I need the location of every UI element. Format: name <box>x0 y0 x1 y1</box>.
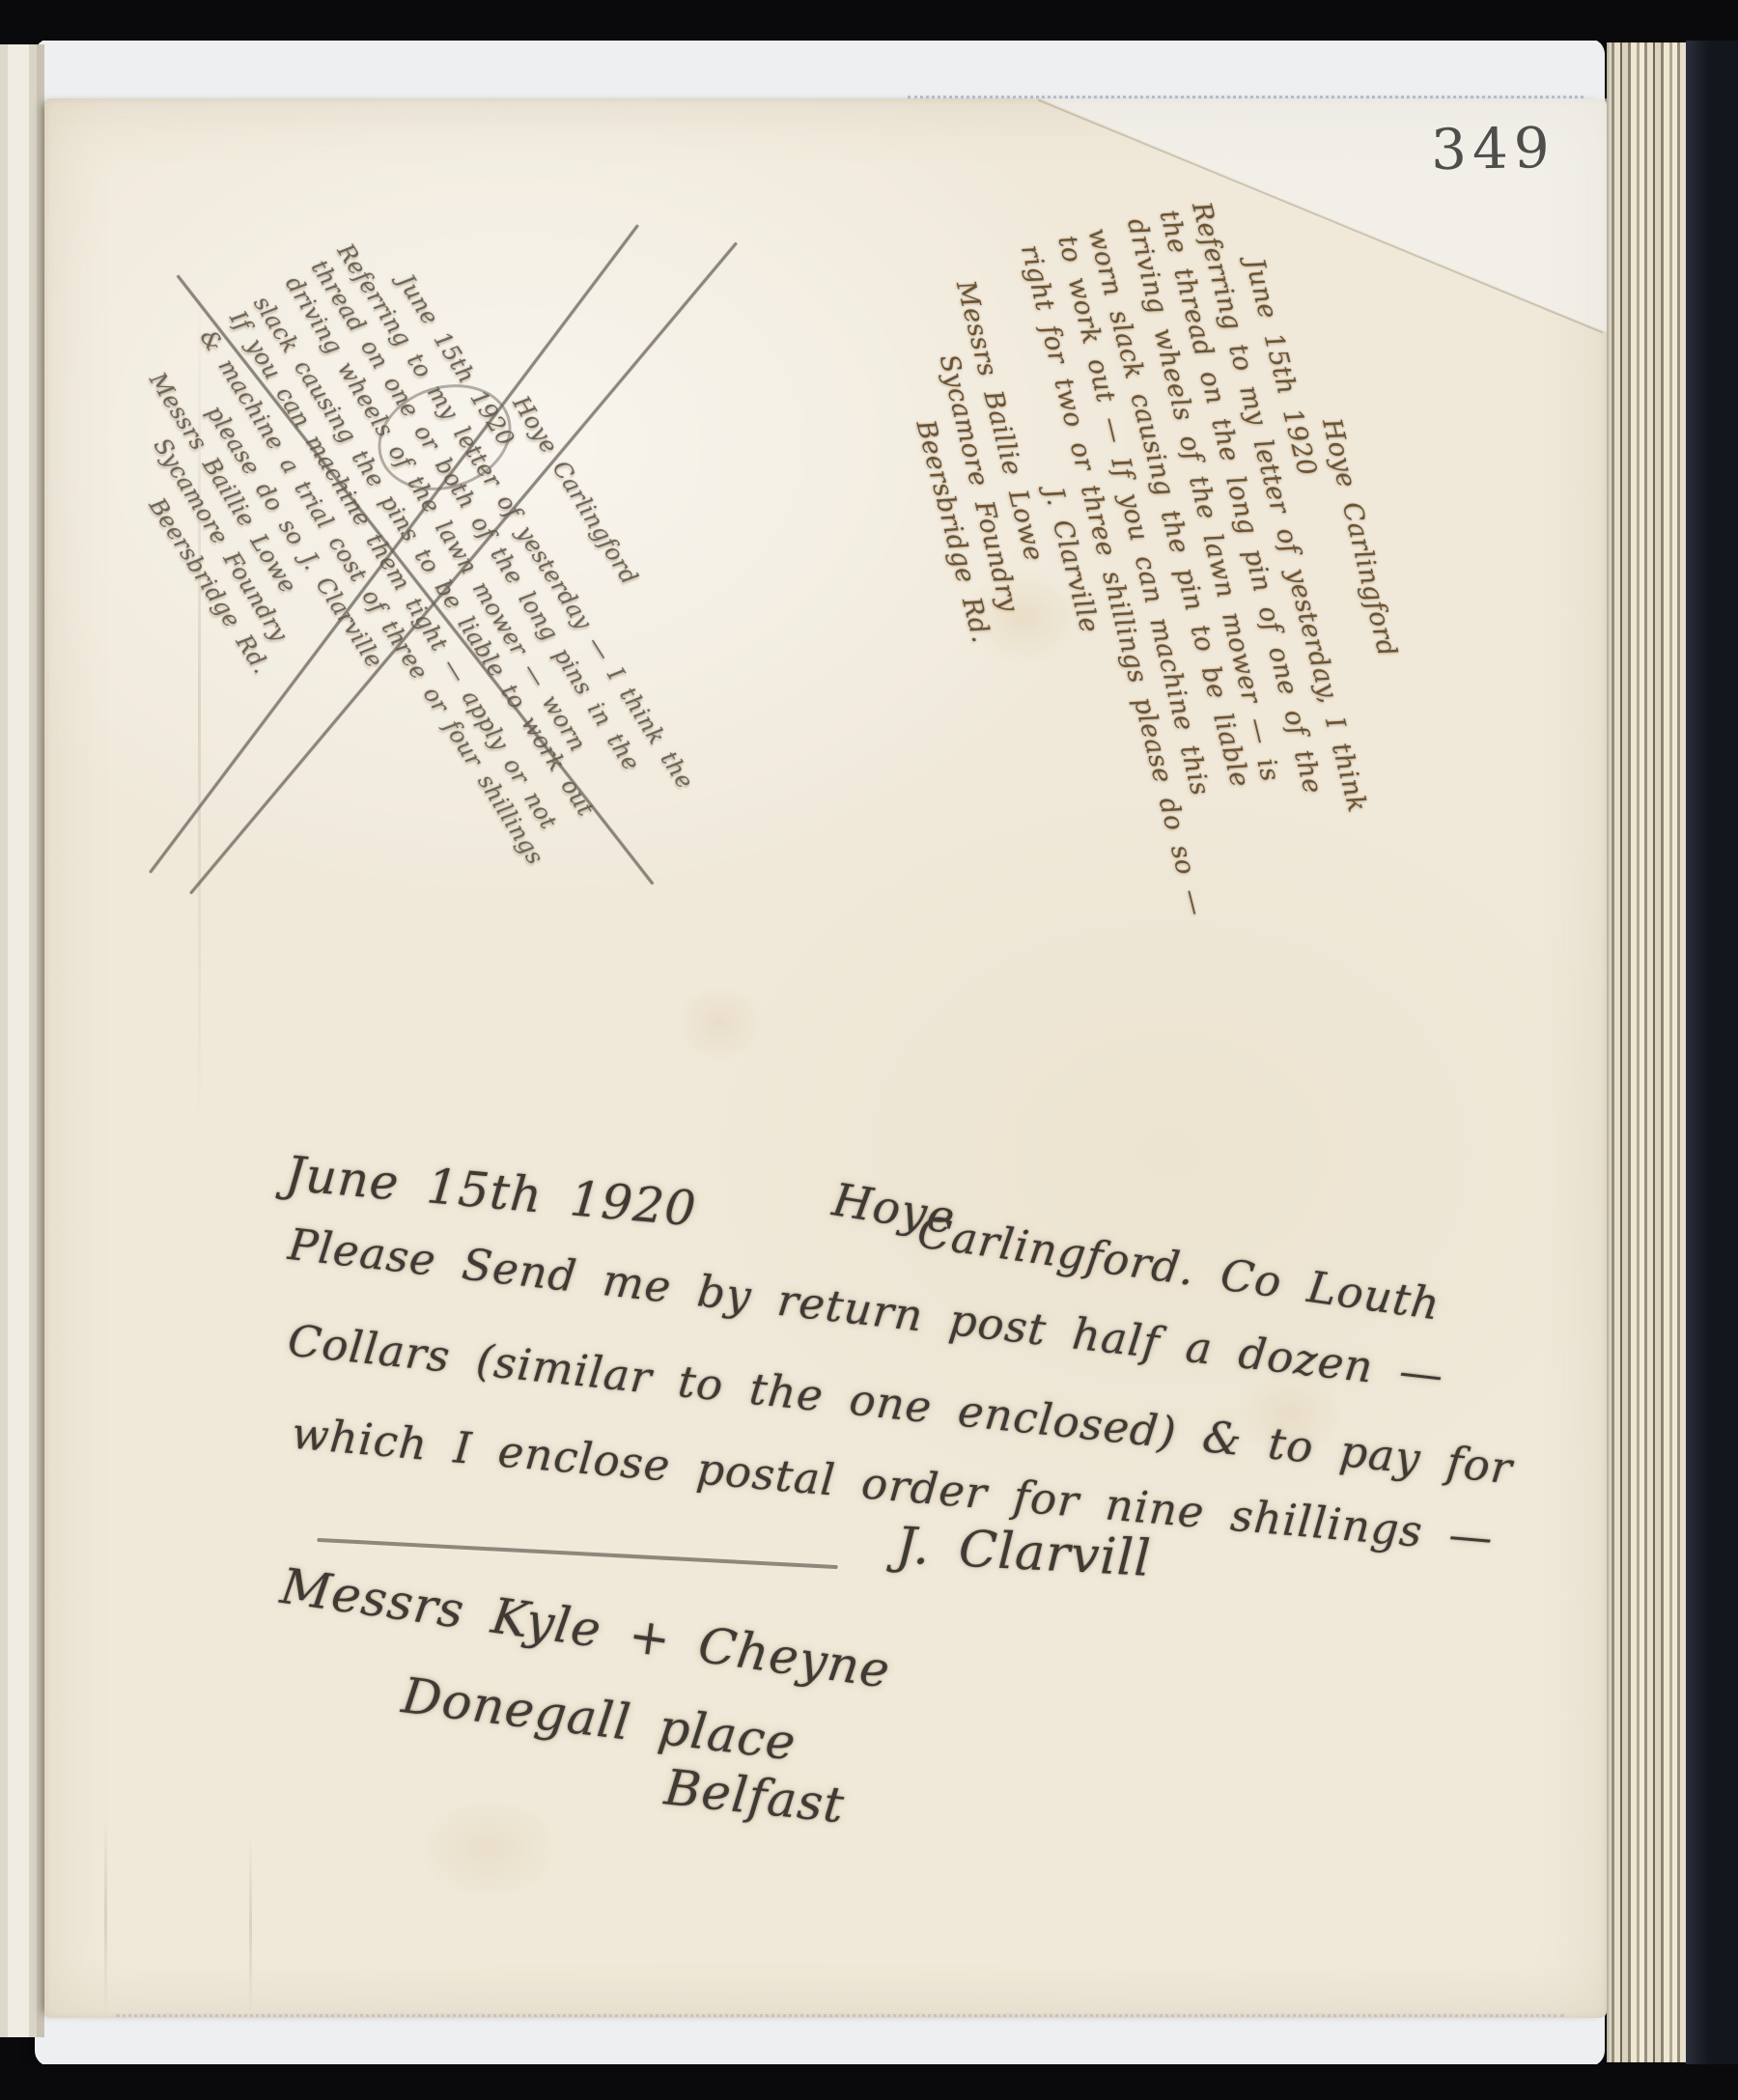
stain <box>676 985 763 1062</box>
stitch-marks-bottom <box>116 2014 1564 2017</box>
page-number: 349 <box>1430 115 1556 182</box>
background-top <box>0 0 1738 41</box>
stain <box>415 1796 560 1902</box>
vertical-crease <box>104 1815 107 2018</box>
vertical-crease <box>249 1834 252 2018</box>
letterbook-photo: 349 Hoye Carlingford June 15th 1920 Refe… <box>0 0 1738 2100</box>
stitch-marks-top <box>908 96 1584 98</box>
background-bottom <box>0 2064 1738 2100</box>
book-cover <box>1686 0 1738 2100</box>
page-stack-edge <box>1607 42 1690 2062</box>
previous-page-edge <box>0 44 44 2037</box>
